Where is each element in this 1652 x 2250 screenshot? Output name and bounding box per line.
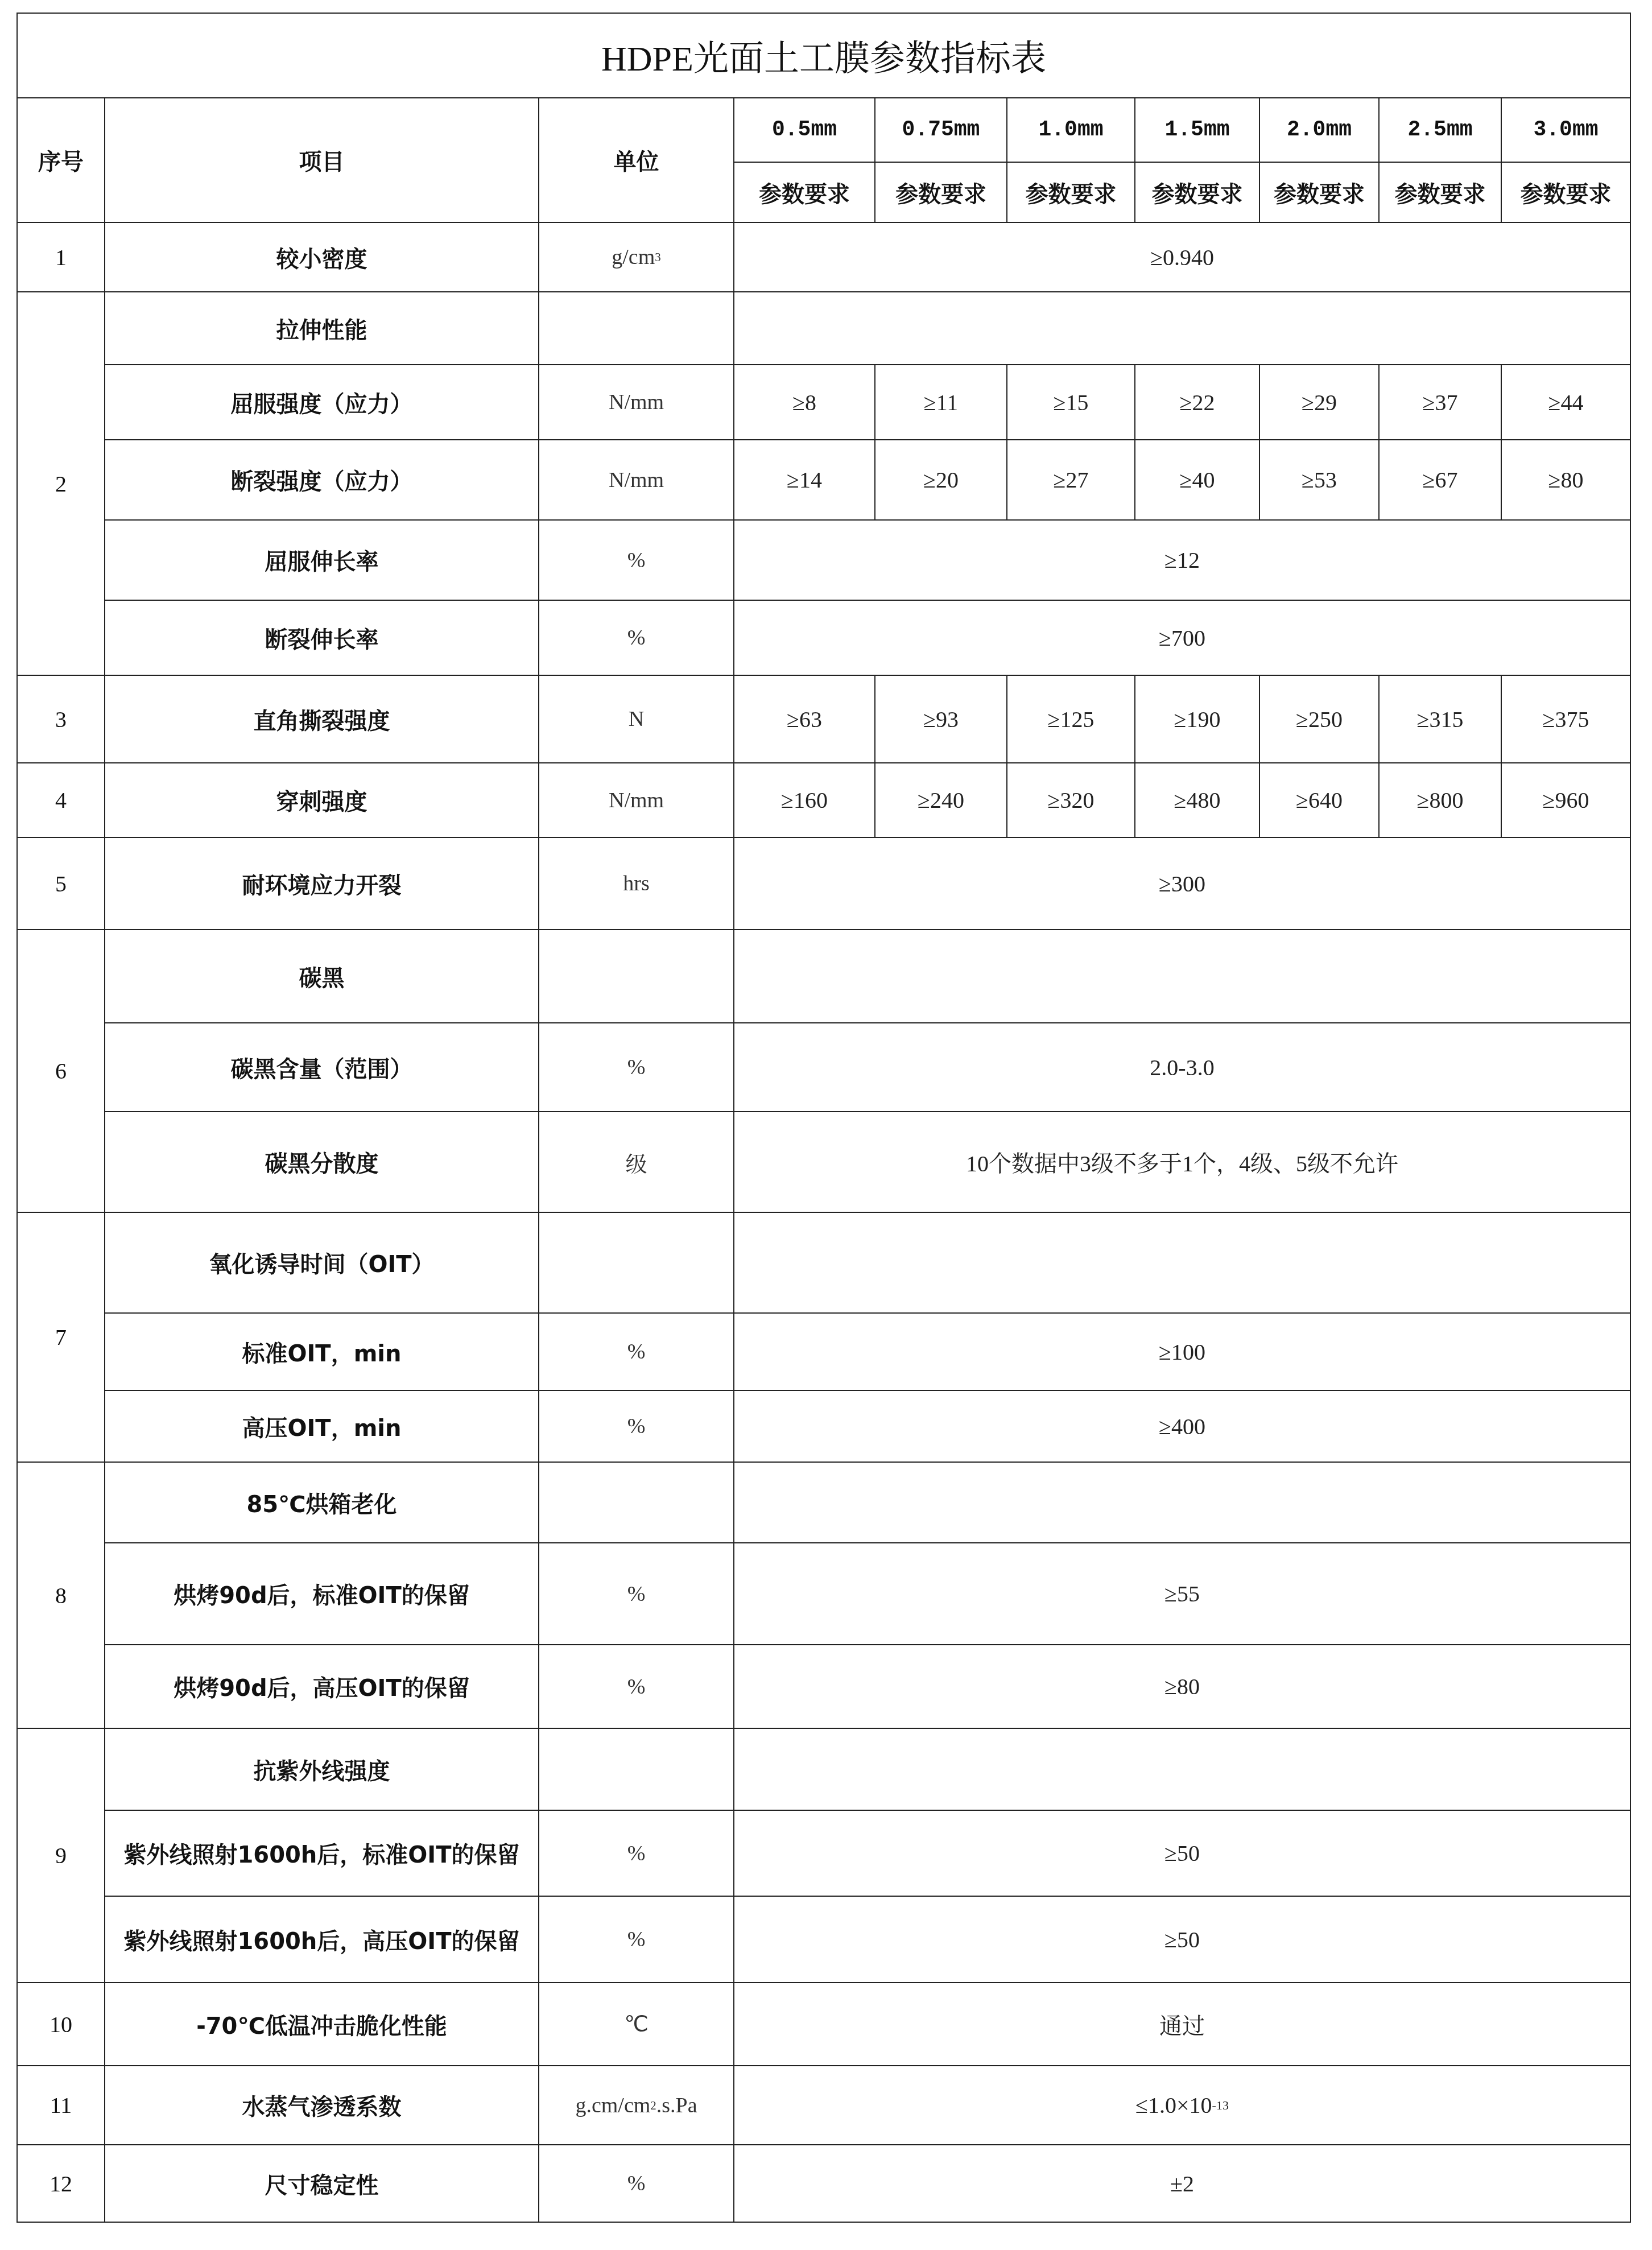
item-name-text: 85℃烘箱老化: [246, 1487, 397, 1519]
row-number: 2: [16, 291, 105, 676]
item-value-text: ≥37: [1423, 389, 1458, 416]
item-value-text: ≥63: [787, 706, 822, 733]
header-thickness-1: 0.75mm: [874, 97, 1007, 163]
item-value: 10个数据中3级不多于1个，4级、5级不允许: [733, 1111, 1631, 1213]
item-unit: N/mm: [538, 364, 734, 440]
item-value-text: ≥50: [1164, 1926, 1200, 1953]
item-value: ≥315: [1378, 675, 1502, 763]
item-name: 屈服伸长率: [104, 519, 539, 601]
item-name: 尺寸稳定性: [104, 2144, 539, 2223]
item-value-text: ≥125: [1048, 706, 1095, 733]
item-value-text: ≥960: [1543, 787, 1589, 814]
item-name: 紫外线照射1600h后，标准OIT的保留: [104, 1810, 539, 1897]
item-value: ≥14: [733, 439, 875, 521]
item-unit: g/cm3: [538, 222, 734, 292]
item-value: ≤1.0×10-13: [733, 2065, 1631, 2145]
item-value-text: ≥8: [792, 389, 816, 416]
item-name: 烘烤90d后，高压OIT的保留: [104, 1644, 539, 1729]
header-param-requirement-4-text: 参数要求: [1274, 176, 1365, 209]
header-param-requirement-3-text: 参数要求: [1152, 176, 1243, 209]
item-value-text: ≥375: [1543, 706, 1589, 733]
header-unit: 单位: [538, 97, 734, 223]
item-value: ≥320: [1006, 762, 1135, 838]
item-name: 抗紫外线强度: [104, 1728, 539, 1811]
item-value: ≥800: [1378, 762, 1502, 838]
item-unit-text: %: [627, 548, 646, 573]
table-title: HDPE光面土工膜参数指标表: [16, 13, 1631, 98]
item-name-text: 穿刺强度: [276, 784, 367, 816]
item-unit: %: [538, 519, 734, 601]
item-value: ≥640: [1259, 762, 1380, 838]
header-thickness-5: 2.5mm: [1378, 97, 1502, 163]
item-unit-text: hrs: [623, 871, 649, 896]
item-value: ≥700: [733, 600, 1631, 676]
item-value: ≥100: [733, 1312, 1631, 1391]
item-name-text: 拉伸性能: [276, 312, 367, 345]
item-unit: [538, 1212, 734, 1314]
item-unit: [538, 929, 734, 1023]
item-value-text: ≥160: [781, 787, 828, 814]
item-unit-text: ℃: [624, 2012, 649, 2037]
item-name-text: 高压OIT，min: [242, 1410, 401, 1443]
item-name: -70℃低温冲击脆化性能: [104, 1982, 539, 2066]
item-value-text: ≥80: [1548, 466, 1584, 493]
header-thickness-3: 1.5mm: [1134, 97, 1260, 163]
item-value-text: ≥11: [924, 389, 958, 416]
item-value: ≥80: [733, 1644, 1631, 1729]
item-name-text: 屈服强度（应力）: [231, 386, 413, 419]
item-unit: [538, 291, 734, 365]
item-value: ≥240: [874, 762, 1007, 838]
item-value-text: ≥55: [1164, 1580, 1200, 1607]
item-name: 断裂伸长率: [104, 600, 539, 676]
row-number: 10: [16, 1982, 105, 2066]
item-value: ≥29: [1259, 364, 1380, 440]
item-unit: %: [538, 1542, 734, 1645]
row-number-text: 11: [50, 2092, 72, 2119]
header-thickness-0-text: 0.5mm: [772, 118, 837, 142]
item-value-text: ≥14: [787, 466, 822, 493]
item-value: ≥400: [733, 1390, 1631, 1463]
header-thickness-5-text: 2.5mm: [1407, 118, 1472, 142]
header-param-requirement-0-text: 参数要求: [759, 176, 850, 209]
row-number: 9: [16, 1728, 105, 1983]
item-value-text: ≥320: [1048, 787, 1095, 814]
header-thickness-6-text: 3.0mm: [1533, 118, 1598, 142]
item-value-text: ≥40: [1180, 466, 1215, 493]
item-name-text: 标准OIT，min: [242, 1336, 401, 1368]
row-number: 5: [16, 837, 105, 930]
item-unit: N: [538, 675, 734, 763]
item-name-text: 烘烤90d后，标准OIT的保留: [174, 1578, 469, 1610]
header-thickness-2-text: 1.0mm: [1038, 118, 1103, 142]
header-param-requirement-4: 参数要求: [1259, 162, 1380, 223]
item-unit: %: [538, 2144, 734, 2223]
item-value-text: ≥250: [1296, 706, 1343, 733]
item-unit: %: [538, 1810, 734, 1897]
item-unit-text: %: [627, 1841, 646, 1866]
item-unit-text: 级: [625, 1146, 647, 1178]
header-item: 项目: [104, 97, 539, 223]
item-value-text: ≥640: [1296, 787, 1343, 814]
item-name: 拉伸性能: [104, 291, 539, 365]
item-unit-text: N/mm: [609, 390, 664, 415]
item-value: [733, 929, 1631, 1023]
item-unit: ℃: [538, 1982, 734, 2066]
header-thickness-3-text: 1.5mm: [1164, 118, 1229, 142]
header-param-requirement-0: 参数要求: [733, 162, 875, 223]
item-name-text: 耐环境应力开裂: [242, 868, 402, 900]
item-value: ≥250: [1259, 675, 1380, 763]
item-value: ≥12: [733, 519, 1631, 601]
item-unit: %: [538, 1896, 734, 1983]
item-value: ≥375: [1501, 675, 1631, 763]
item-unit: %: [538, 1644, 734, 1729]
item-unit: %: [538, 1022, 734, 1112]
header-param-requirement-5: 参数要求: [1378, 162, 1502, 223]
header-thickness-4: 2.0mm: [1259, 97, 1380, 163]
header-param-requirement-6: 参数要求: [1501, 162, 1631, 223]
item-unit-text: %: [627, 1414, 646, 1439]
item-unit: [538, 1728, 734, 1811]
item-value-text: ≥27: [1054, 466, 1089, 493]
item-value: ≥0.940: [733, 222, 1631, 292]
item-name: 碳黑含量（范围）: [104, 1022, 539, 1112]
item-value-text: ≥67: [1423, 466, 1458, 493]
item-value-text: ≤1.0×10: [1135, 2092, 1212, 2119]
header-thickness-1-text: 0.75mm: [902, 118, 980, 142]
header-param-requirement-6-text: 参数要求: [1521, 176, 1612, 209]
item-name-text: 碳黑含量（范围）: [231, 1051, 413, 1084]
row-number-text: 10: [49, 2011, 72, 2038]
item-unit-text: N/mm: [609, 788, 664, 813]
item-name-text: 水蒸气渗透系数: [242, 2089, 402, 2121]
item-name: 氧化诱导时间（OIT）: [104, 1212, 539, 1314]
header-param-requirement-1-text: 参数要求: [895, 176, 986, 209]
header-param-requirement-5-text: 参数要求: [1395, 176, 1486, 209]
item-name: 耐环境应力开裂: [104, 837, 539, 930]
item-name-text: 碳黑分散度: [265, 1146, 379, 1178]
row-number: 8: [16, 1462, 105, 1729]
item-value: [733, 291, 1631, 365]
item-value-text: ±2: [1170, 2170, 1194, 2197]
item-value-text: ≥315: [1417, 706, 1464, 733]
item-value: [733, 1728, 1631, 1811]
row-number-text: 1: [55, 244, 67, 271]
item-value: ≥37: [1378, 364, 1502, 440]
item-name: 屈服强度（应力）: [104, 364, 539, 440]
header-thickness-2: 1.0mm: [1006, 97, 1135, 163]
header-thickness-0: 0.5mm: [733, 97, 875, 163]
item-value: ≥40: [1134, 439, 1260, 521]
item-name-text: 尺寸稳定性: [265, 2168, 379, 2200]
item-value: ≥80: [1501, 439, 1631, 521]
item-name-text: 紫外线照射1600h后，标准OIT的保留: [124, 1837, 520, 1869]
item-value-text: ≥12: [1164, 547, 1200, 573]
item-name-text: 紫外线照射1600h后，高压OIT的保留: [124, 1923, 520, 1956]
item-value: ≥67: [1378, 439, 1502, 521]
item-unit: %: [538, 1390, 734, 1463]
item-value: ≥53: [1259, 439, 1380, 521]
item-name-text: -70℃低温冲击脆化性能: [196, 2008, 447, 2041]
row-number-text: 6: [55, 1058, 67, 1084]
item-value-text: ≥53: [1302, 466, 1337, 493]
item-value: ≥63: [733, 675, 875, 763]
row-number: 4: [16, 762, 105, 838]
item-name-text: 断裂伸长率: [265, 622, 379, 654]
item-value-text: 2.0-3.0: [1150, 1054, 1214, 1081]
item-name: 直角撕裂强度: [104, 675, 539, 763]
item-value-text: ≥0.940: [1150, 244, 1214, 271]
item-name-text: 碳黑: [299, 960, 345, 993]
item-unit-text: g/cm: [612, 245, 655, 270]
item-value-text: ≥400: [1159, 1413, 1205, 1440]
header-param-requirement-2-text: 参数要求: [1026, 176, 1117, 209]
item-name-text: 较小密度: [276, 241, 367, 274]
item-unit-text: %: [627, 1339, 646, 1364]
item-value: ≥55: [733, 1542, 1631, 1645]
row-number: 3: [16, 675, 105, 763]
row-number-text: 5: [55, 870, 67, 897]
item-unit-text: %: [627, 1674, 646, 1699]
item-name: 85℃烘箱老化: [104, 1462, 539, 1543]
row-number-text: 3: [55, 706, 67, 733]
item-value: ≥20: [874, 439, 1007, 521]
item-name-text: 烘烤90d后，高压OIT的保留: [174, 1670, 469, 1703]
item-value-text: ≥480: [1174, 787, 1221, 814]
header-thickness-6: 3.0mm: [1501, 97, 1631, 163]
item-value: ≥960: [1501, 762, 1631, 838]
item-value-text: ≥22: [1180, 389, 1215, 416]
item-value-text: ≥50: [1164, 1840, 1200, 1867]
item-unit: hrs: [538, 837, 734, 930]
item-unit-text: N/mm: [609, 468, 664, 493]
item-value: ≥93: [874, 675, 1007, 763]
header-no: 序号: [16, 97, 105, 223]
item-unit-text: %: [627, 2171, 646, 2196]
item-value: ≥300: [733, 837, 1631, 930]
item-unit: g.cm/cm2.s.Pa: [538, 2065, 734, 2145]
item-name: 碳黑分散度: [104, 1111, 539, 1213]
item-unit: N/mm: [538, 439, 734, 521]
item-unit: N/mm: [538, 762, 734, 838]
item-value: ≥160: [733, 762, 875, 838]
item-value-text: ≥800: [1417, 787, 1464, 814]
item-name: 紫外线照射1600h后，高压OIT的保留: [104, 1896, 539, 1983]
item-value: ≥22: [1134, 364, 1260, 440]
item-value-text: ≥44: [1548, 389, 1584, 416]
item-value-text: ≥240: [918, 787, 964, 814]
item-value-text: ≥93: [923, 706, 959, 733]
header-param-requirement-1: 参数要求: [874, 162, 1007, 223]
item-name-text: 断裂强度（应力）: [231, 464, 413, 496]
item-name: 穿刺强度: [104, 762, 539, 838]
item-unit-suffix: .s.Pa: [656, 2093, 697, 2118]
item-value: ≥44: [1501, 364, 1631, 440]
item-value-text: ≥15: [1054, 389, 1089, 416]
item-value-text: ≥300: [1159, 870, 1205, 897]
item-value: ≥50: [733, 1896, 1631, 1983]
item-unit: [538, 1462, 734, 1543]
item-unit-text: %: [627, 1582, 646, 1607]
item-value: [733, 1212, 1631, 1314]
row-number-text: 2: [55, 470, 67, 497]
item-unit-text: %: [627, 1927, 646, 1952]
item-value-text: ≥100: [1159, 1339, 1205, 1365]
item-value: ≥190: [1134, 675, 1260, 763]
item-value-text: ≥80: [1164, 1673, 1200, 1700]
item-unit: %: [538, 1312, 734, 1391]
item-value: ≥8: [733, 364, 875, 440]
item-value: ≥50: [733, 1810, 1631, 1897]
item-unit-text: %: [627, 625, 646, 650]
item-unit-text: %: [627, 1055, 646, 1080]
item-name: 断裂强度（应力）: [104, 439, 539, 521]
header-param-requirement-2: 参数要求: [1006, 162, 1135, 223]
item-name-text: 氧化诱导时间（OIT）: [209, 1246, 434, 1279]
item-name: 较小密度: [104, 222, 539, 292]
row-number-text: 12: [49, 2170, 72, 2197]
item-name: 烘烤90d后，标准OIT的保留: [104, 1542, 539, 1645]
item-value: 2.0-3.0: [733, 1022, 1631, 1112]
item-unit-text: N: [629, 707, 644, 732]
row-number-text: 8: [55, 1582, 67, 1609]
item-name: 水蒸气渗透系数: [104, 2065, 539, 2145]
item-value: ≥27: [1006, 439, 1135, 521]
item-value-text: ≥190: [1174, 706, 1221, 733]
row-number-text: 7: [55, 1324, 67, 1351]
row-number: 12: [16, 2144, 105, 2223]
item-name-text: 直角撕裂强度: [254, 703, 390, 736]
row-number: 1: [16, 222, 105, 292]
item-value-text: 通过: [1159, 2008, 1205, 2041]
item-value: ±2: [733, 2144, 1631, 2223]
item-value-text: ≥20: [923, 466, 959, 493]
item-unit: 级: [538, 1111, 734, 1213]
item-value-text: ≥29: [1302, 389, 1337, 416]
item-name: 标准OIT，min: [104, 1312, 539, 1391]
item-unit-text: g.cm/cm: [575, 2093, 650, 2118]
row-number: 7: [16, 1212, 105, 1463]
item-name: 碳黑: [104, 929, 539, 1023]
item-unit: %: [538, 600, 734, 676]
header-param-requirement-3: 参数要求: [1134, 162, 1260, 223]
row-number-text: 4: [55, 787, 67, 814]
item-value: ≥11: [874, 364, 1007, 440]
row-number: 6: [16, 929, 105, 1213]
item-value: [733, 1462, 1631, 1543]
item-value: ≥125: [1006, 675, 1135, 763]
item-name-text: 抗紫外线强度: [254, 1753, 390, 1786]
item-value: ≥480: [1134, 762, 1260, 838]
item-value-text: ≥700: [1159, 625, 1205, 651]
row-number-text: 9: [55, 1842, 67, 1869]
item-name-text: 屈服伸长率: [265, 544, 379, 576]
header-thickness-4-text: 2.0mm: [1287, 118, 1352, 142]
item-value-text: 10个数据中3级不多于1个，4级、5级不允许: [966, 1146, 1398, 1178]
item-value: ≥15: [1006, 364, 1135, 440]
item-value: 通过: [733, 1982, 1631, 2066]
row-number: 11: [16, 2065, 105, 2145]
item-name: 高压OIT，min: [104, 1390, 539, 1463]
parameter-table: HDPE光面土工膜参数指标表 序号 项目 单位 0.5mm参数要求0.75mm参…: [0, 0, 1652, 2250]
